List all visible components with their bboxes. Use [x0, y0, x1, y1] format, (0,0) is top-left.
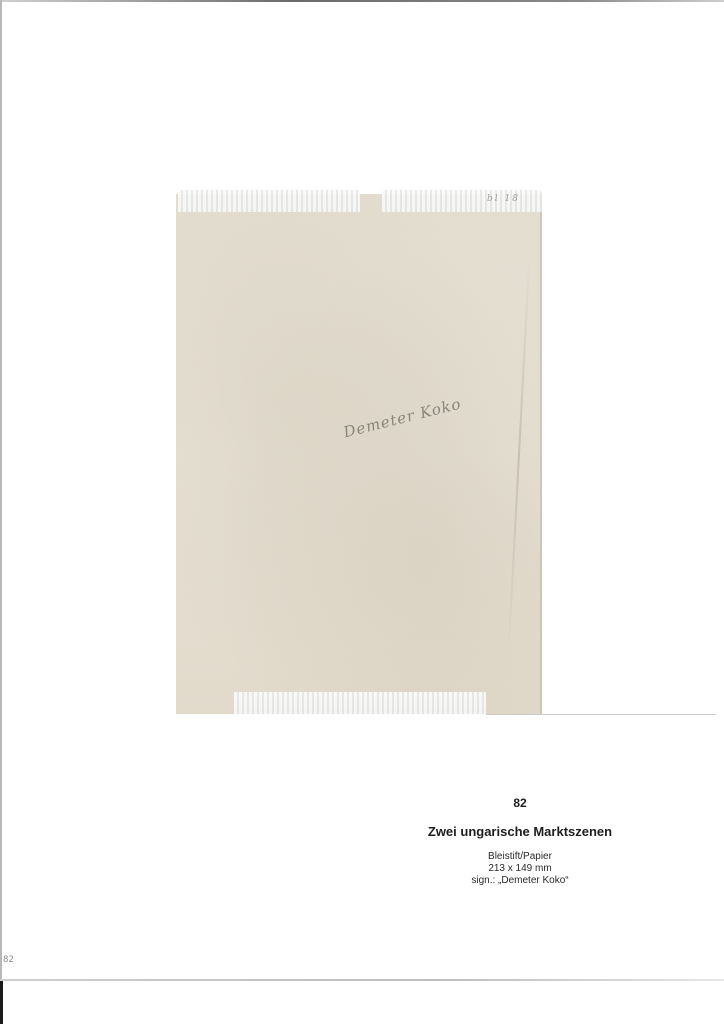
tape-strip-bottom [234, 692, 486, 714]
tape-pencil-note: bl 18 [487, 194, 520, 204]
scan-top-edge [0, 0, 724, 2]
tape-strip-top-left [178, 190, 360, 212]
artwork-signature: sign.: „Demeter Koko“ [400, 875, 640, 887]
scan-left-edge [0, 0, 2, 980]
artwork-reverse: Demeter Koko bl 18 [176, 190, 540, 714]
tape-strip-top-right: bl 18 [382, 190, 542, 212]
pencil-signature: Demeter Koko [342, 395, 464, 442]
artwork-medium: Bleistift/Papier [400, 851, 640, 863]
artwork-title: Zwei ungarische Marktszenen [400, 824, 640, 839]
paper-sheet: Demeter Koko [176, 194, 542, 714]
scan-left-edge-dark [0, 980, 3, 1024]
margin-page-note: 82 [3, 955, 14, 965]
artwork-dimensions: 213 x 149 mm [400, 863, 640, 875]
catalog-caption: 82 Zwei ungarische Marktszenen Bleistift… [400, 796, 640, 887]
scan-bottom-rule [0, 979, 724, 981]
scan-shadow-line [486, 714, 716, 715]
lot-number: 82 [400, 796, 640, 810]
